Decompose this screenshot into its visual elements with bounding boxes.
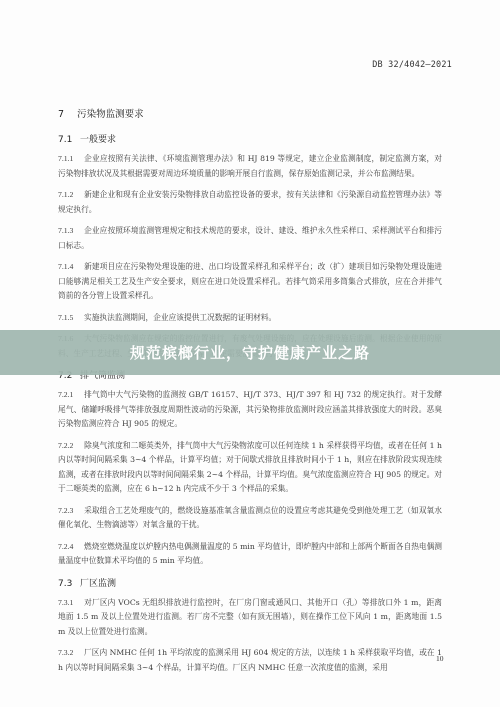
clause-number: 7.1.3	[58, 224, 84, 239]
chapter-heading: 7 污染物监测要求	[58, 106, 144, 120]
clause-number: 7.1.2	[58, 188, 84, 203]
clause-number: 7.1.5	[58, 311, 84, 326]
headline-banner: 规范槟榔行业，守护健康产业之路	[0, 330, 500, 375]
clause-text: 燃烧室燃烧温度以炉膛内热电偶测量温度的 5 min 平均值计，即炉膛内中部和上部…	[58, 542, 442, 566]
clause-text: 采取组合工艺处理废气的，燃烧设施基准氧含量监测点位的设置应考虑其避免受到他处理工…	[58, 506, 442, 530]
clause-number: 7.1.4	[58, 260, 84, 275]
clause-text: 新建企业和现有企业安装污染物排放自动监控设备的要求，按有关法律和《污染源自动监控…	[58, 190, 442, 214]
page-number: 10	[436, 654, 444, 663]
chapter-title: 污染物监测要求	[77, 109, 144, 120]
clause-number: 7.1.1	[58, 152, 84, 167]
section-number: 7.1	[58, 135, 80, 145]
clause-text: 新建项目应在污染物处理设施的进、出口均设置采样孔和采样平台；改（扩）建项目如污染…	[58, 262, 442, 300]
clause-number: 7.2.2	[58, 439, 84, 454]
clause-text: 排气筒中大气污染物的监测按 GB/T 16157、HJ/T 373、HJ/T 3…	[58, 390, 442, 428]
clause-text: 除臭气浓度和二噁英类外，排气筒中大气污染物浓度可以任何连续 1 h 采样获得平均…	[58, 441, 442, 494]
clause: 7.2.3采取组合工艺处理废气的，燃烧设施基准氧含量监测点位的设置应考虑其避免受…	[58, 504, 442, 533]
clause-number: 7.3.2	[58, 646, 84, 661]
clause: 7.2.4燃烧室燃烧温度以炉膛内热电偶测量温度的 5 min 平均值计，即炉膛内…	[58, 540, 442, 569]
clause: 7.1.4新建项目应在污染物处理设施的进、出口均设置采样孔和采样平台；改（扩）建…	[58, 260, 442, 304]
clause-text: 对厂区内 VOCs 无组织排放进行监控时，在厂房门窗或通风口、其他开口（孔）等排…	[58, 598, 442, 636]
section-number: 7.3	[58, 579, 80, 589]
clause: 7.1.1企业应按照有关法律、《环境监测管理办法》和 HJ 819 等规定，建立…	[58, 152, 442, 181]
clause-text: 企业应按照有关法律、《环境监测管理办法》和 HJ 819 等规定，建立企业监测制…	[58, 154, 442, 178]
clause-number: 7.3.1	[58, 596, 84, 611]
clause: 7.3.1对厂区内 VOCs 无组织排放进行监控时，在厂房门窗或通风口、其他开口…	[58, 596, 442, 640]
document-body: 7.1一般要求 7.1.1企业应按照有关法律、《环境监测管理办法》和 HJ 81…	[58, 132, 442, 682]
clause: 7.1.3企业应按照环境监测管理规定和技术规范的要求，设计、建设、维护永久性采样…	[58, 224, 442, 253]
clause-number: 7.2.1	[58, 388, 84, 403]
clause: 7.3.2厂区内 NMHC 任何 1h 平均浓度的监测采用 HJ 604 规定的…	[58, 646, 442, 675]
clause-number: 7.2.3	[58, 504, 84, 519]
clause: 7.1.2新建企业和现有企业安装污染物排放自动监控设备的要求，按有关法律和《污染…	[58, 188, 442, 217]
banner-title: 规范槟榔行业，守护健康产业之路	[130, 342, 370, 363]
section-heading: 7.1一般要求	[58, 132, 442, 145]
clause: 7.1.5实施执法监测期间，企业应该提供工况数据的证明材料。	[58, 311, 442, 326]
section-title: 一般要求	[80, 135, 116, 145]
chapter-number: 7	[58, 109, 64, 120]
standard-code: DB 32/4042—2021	[372, 60, 452, 70]
clause-text: 企业应按照环境监测管理规定和技术规范的要求，设计、建设、维护永久性采样口、采样测…	[58, 226, 442, 250]
clause-number: 7.2.4	[58, 540, 84, 555]
clause-text: 厂区内 NMHC 任何 1h 平均浓度的监测采用 HJ 604 规定的方法，以连…	[58, 648, 442, 672]
section-title: 厂区监测	[80, 579, 116, 589]
clause-text: 实施执法监测期间，企业应该提供工况数据的证明材料。	[84, 313, 276, 322]
clause: 7.2.1排气筒中大气污染物的监测按 GB/T 16157、HJ/T 373、H…	[58, 388, 442, 432]
clause: 7.2.2除臭气浓度和二噁英类外，排气筒中大气污染物浓度可以任何连续 1 h 采…	[58, 439, 442, 497]
section-heading: 7.3厂区监测	[58, 576, 442, 589]
